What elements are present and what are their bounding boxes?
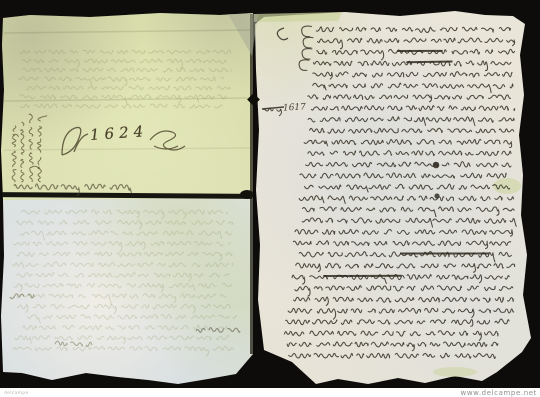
- manuscript-photo: 1624 1617 delcampe www.delcampe.net: [0, 0, 540, 397]
- center-fold-crease: [250, 14, 253, 354]
- watermark-right: www.delcampe.net: [461, 389, 537, 397]
- margin-note-1617: 1617: [283, 102, 306, 113]
- left-top-parchment-page: [0, 0, 253, 200]
- watermark-left: delcampe: [4, 391, 29, 396]
- right-manuscript-page: [250, 0, 540, 397]
- left-bottom-parchment-page: [0, 196, 253, 392]
